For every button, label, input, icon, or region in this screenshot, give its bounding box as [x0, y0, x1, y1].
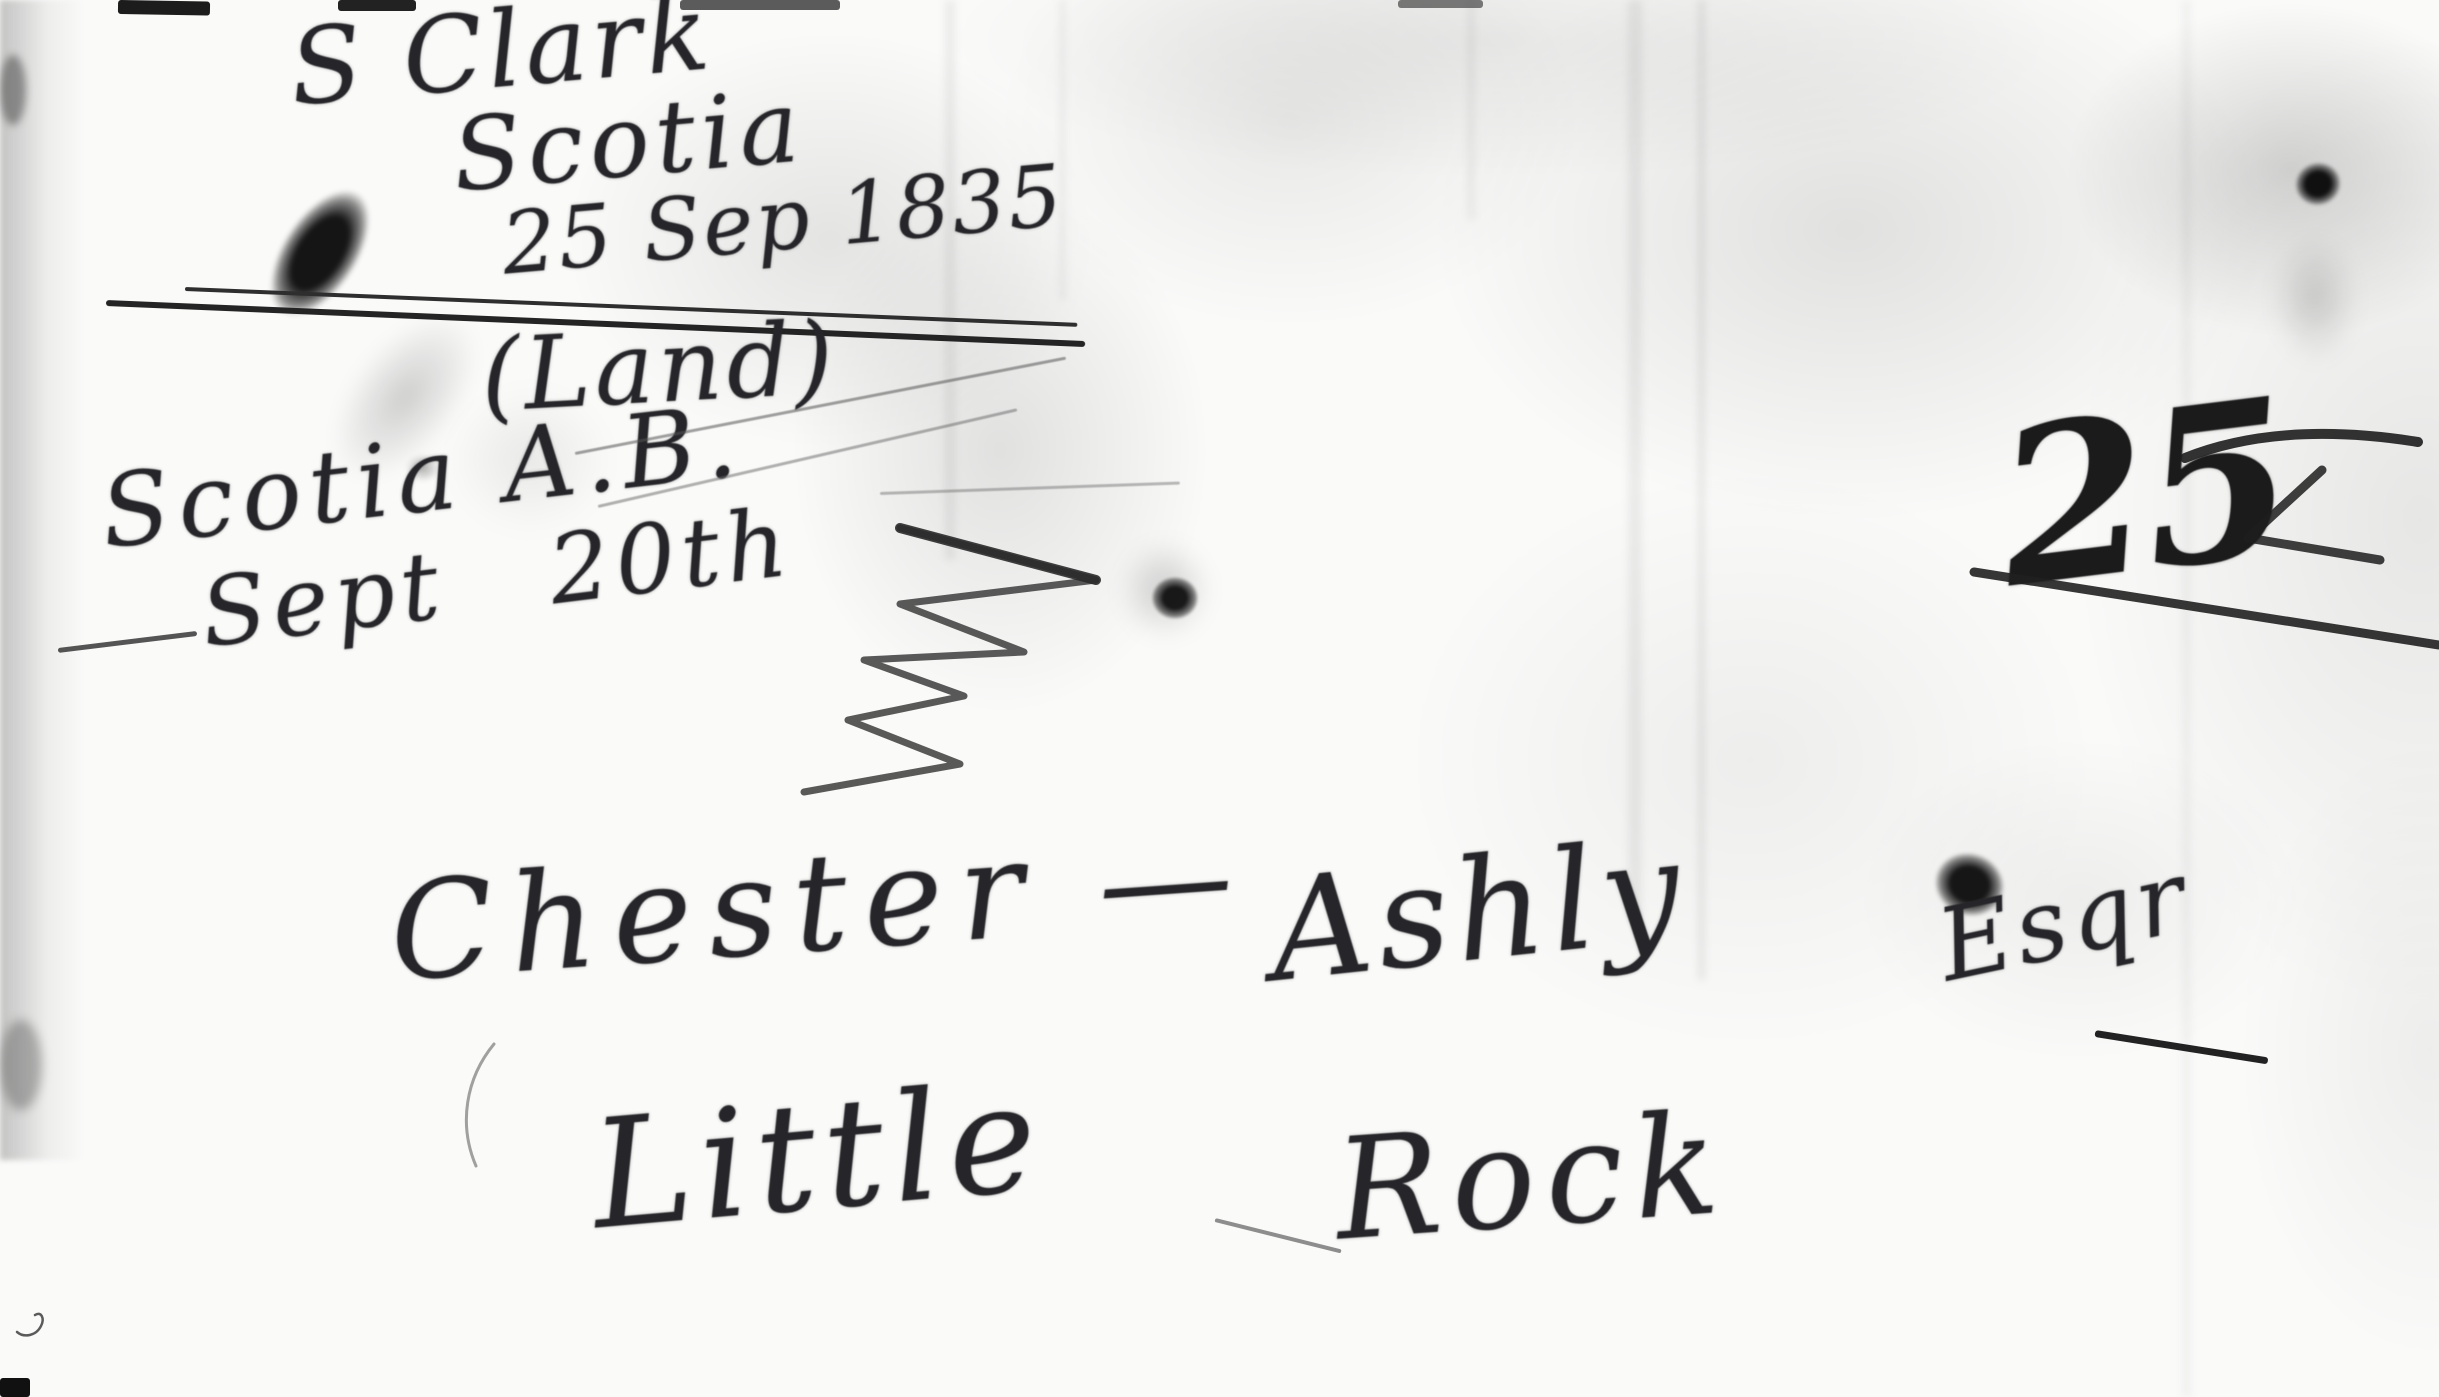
- address-city-second: Rock: [1330, 1083, 1733, 1273]
- fold-streak: [945, 0, 955, 560]
- edge-smudge: [0, 1020, 42, 1110]
- postal-rate-mark: 25: [1985, 350, 2301, 636]
- stray-pen-curve: [452, 1040, 502, 1170]
- pencil-line: [880, 482, 1180, 495]
- pen-connector: [1215, 1218, 1342, 1253]
- left-edge-shadow: [0, 0, 85, 1160]
- scan-edge-mark: [1398, 0, 1483, 8]
- fold-streak: [1060, 0, 1065, 300]
- address-city-first: Little: [585, 1051, 1051, 1264]
- fold-streak: [1698, 0, 1705, 980]
- address-name-last: Ashly: [1262, 808, 1694, 1014]
- fold-streak: [1468, 0, 1474, 220]
- corner-mark: [0, 1378, 30, 1397]
- fold-streak: [2182, 0, 2191, 1397]
- fold-streak: [1628, 0, 1642, 920]
- pen-dash: [58, 631, 198, 653]
- scan-edge-mark: [118, 0, 210, 16]
- address-name-first: Chester —: [385, 795, 1254, 1012]
- ink-smudge: [2255, 210, 2375, 390]
- corner-squiggle: [14, 1306, 59, 1341]
- ink-smudge: [1100, 520, 1230, 660]
- edge-smudge: [0, 55, 26, 125]
- scanned-letter-cover: S Clark Scotia 25 Sep 1835 (Land) Scotia…: [0, 0, 2439, 1397]
